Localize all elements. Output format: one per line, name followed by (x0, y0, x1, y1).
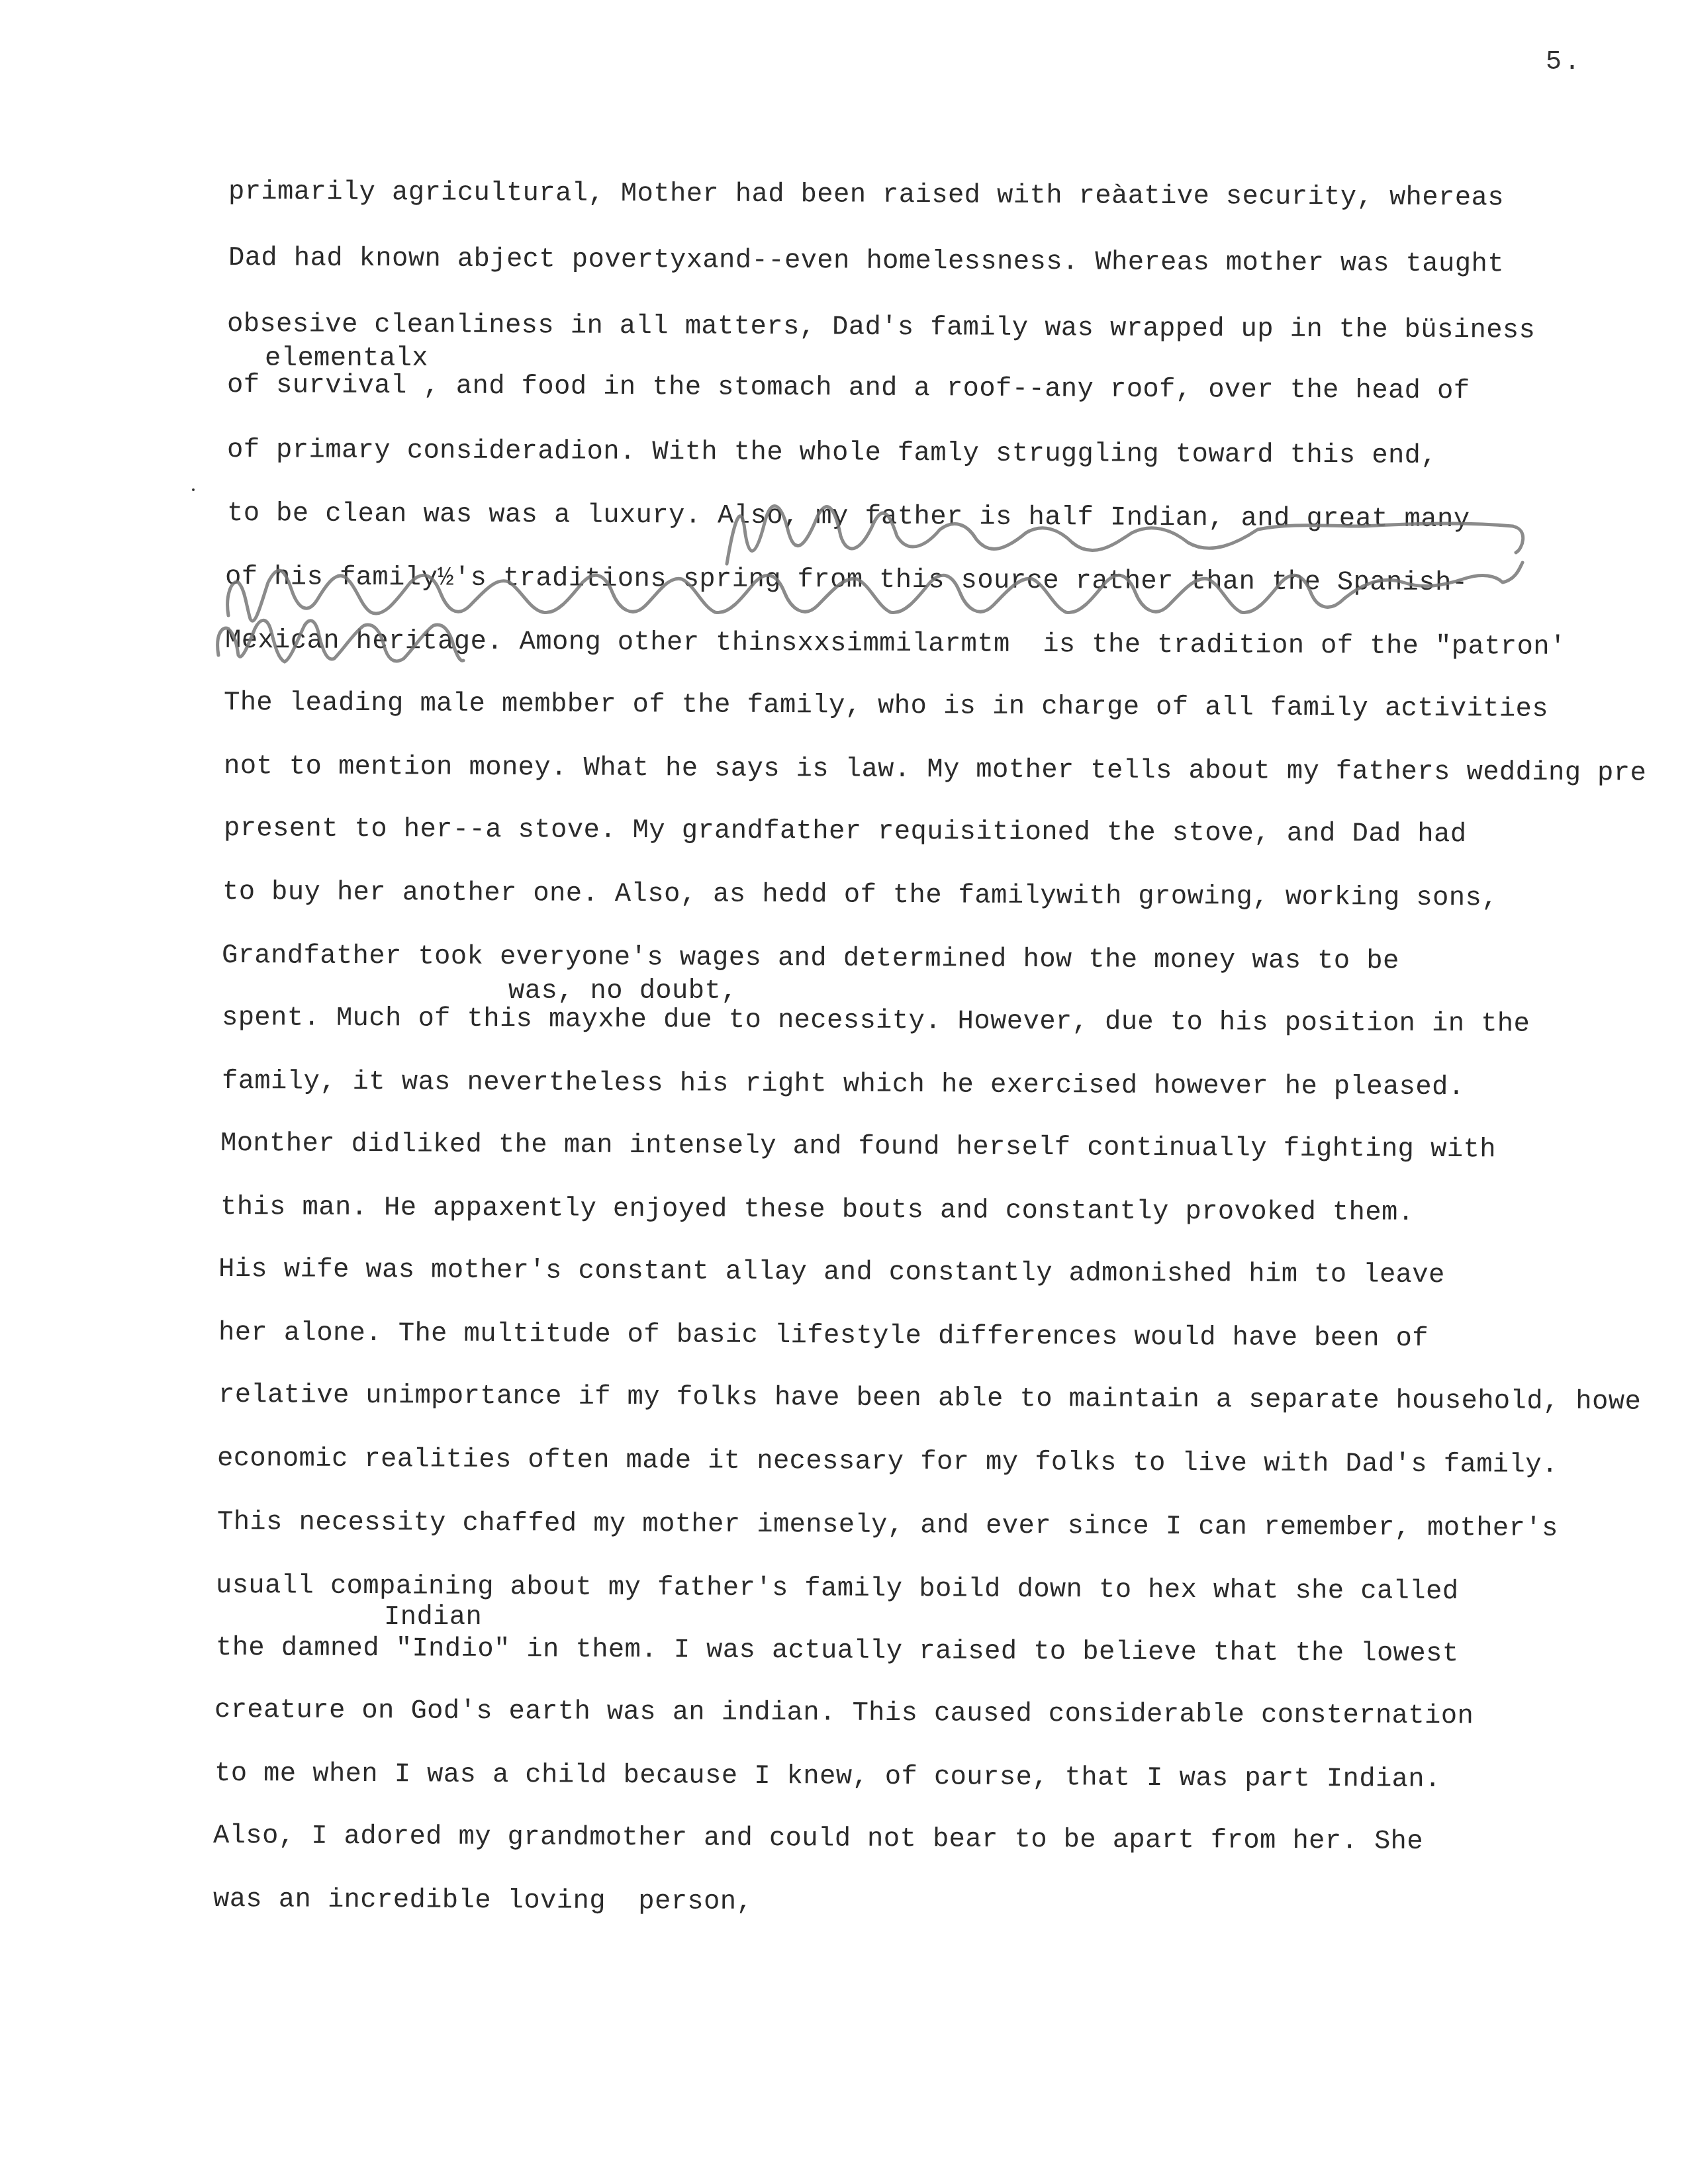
interlinear-insertion: Indian (384, 1602, 482, 1633)
page-number: 5. (1546, 48, 1583, 77)
text-line: the damned "Indio" in them. I was actual… (216, 1632, 1459, 1670)
text-line: of survival , and food in the stomach an… (227, 369, 1470, 407)
text-line: to buy her another one. Also, as hedd of… (222, 876, 1498, 914)
text-line: The leading male membber of the family, … (224, 687, 1548, 725)
text-line: primarily agricultural, Mother had been … (228, 176, 1504, 214)
text-line: creature on God's earth was an indian. T… (214, 1694, 1474, 1732)
text-line: present to her--a stove. My grandfather … (224, 813, 1467, 850)
text-line: obsesive cleanliness in all matters, Dad… (227, 308, 1536, 347)
text-line: of his family½'s traditions spring from … (225, 561, 1468, 599)
text-line: Also, I adored my grandmother and could … (213, 1820, 1423, 1858)
text-line: Mexican heritage. Among other thinsxxsim… (225, 625, 1566, 663)
text-line: not to mention money. What he says is la… (224, 751, 1646, 790)
text-line: Dad had known abject povertyxand--even h… (228, 242, 1504, 280)
typewritten-page: 5. primarily agricultural, Mother had be… (0, 0, 1688, 2184)
text-line: family, it was nevertheless his right wh… (222, 1066, 1465, 1103)
text-line: economic realities often made it necessa… (217, 1443, 1558, 1481)
text-line: this man. He appaxently enjoyed these bo… (220, 1191, 1415, 1229)
text-line: her alone. The multitude of basic lifest… (218, 1317, 1429, 1355)
text-line: to me when I was a child because I knew,… (214, 1758, 1441, 1796)
text-line: Monther didliked the man intensely and f… (220, 1128, 1496, 1165)
stray-ink-dot (192, 488, 195, 491)
text-line: His wife was mother's constant allay and… (218, 1253, 1445, 1291)
text-line: This necessity chaffed my mother imensel… (217, 1506, 1558, 1545)
text-line: relative unimportance if my folks have b… (218, 1379, 1641, 1418)
interlinear-insertion: was, no doubt, (508, 976, 737, 1007)
text-line: of primary consideradion. With the whole… (227, 434, 1437, 472)
text-line: Grandfather took everyone's wages and de… (222, 940, 1399, 978)
text-line: was an incredible loving person, (213, 1884, 753, 1918)
text-line: to be clean was was a luxury. Also, my f… (227, 498, 1470, 535)
text-line: spent. Much of this mayxhe due to necess… (222, 1002, 1530, 1040)
